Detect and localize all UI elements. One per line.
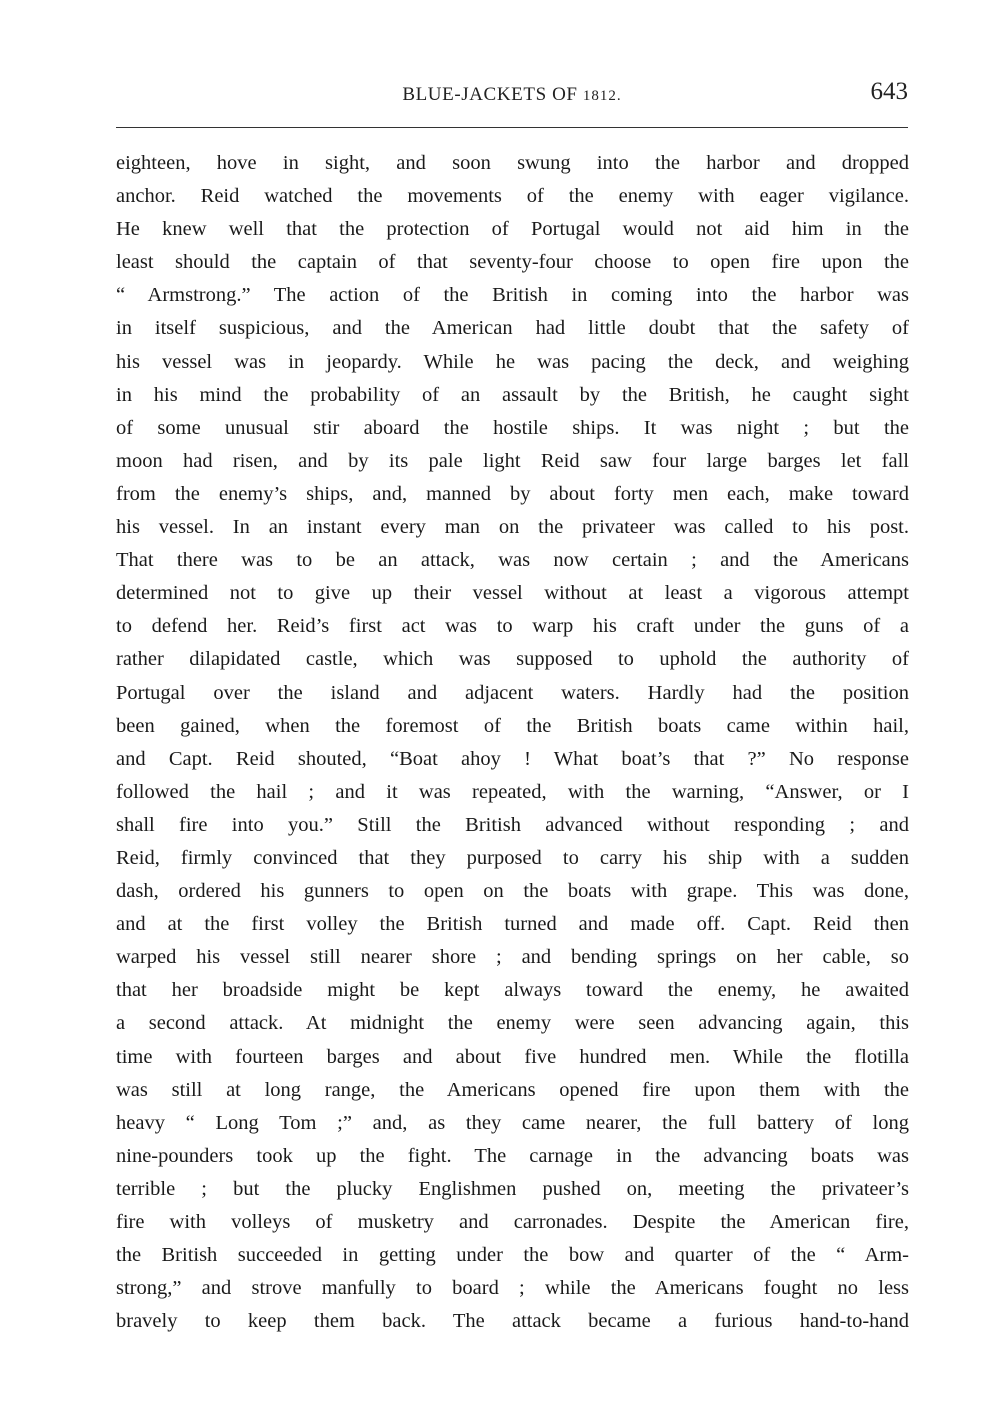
text-line: was still at long range, the Americans o… [116,1074,909,1107]
text-line: strong,” and strove manfully to board ; … [116,1272,909,1305]
text-line: “ Armstrong.” The action of the British … [116,279,909,312]
running-title: BLUE-JACKETS OF 1812. [116,84,908,106]
running-title-year: 1812. [583,88,622,104]
text-line: He knew well that the protection of Port… [116,213,909,246]
text-line: least should the captain of that seventy… [116,246,909,279]
text-line: followed the hail ; and it was repeated,… [116,776,909,809]
text-line: in his mind the probability of an assaul… [116,379,909,412]
text-line: heavy “ Long Tom ;” and, as they came ne… [116,1107,909,1140]
text-line: determined not to give up their vessel w… [116,577,909,610]
text-line: been gained, when the foremost of the Br… [116,710,909,743]
text-line: his vessel was in jeopardy. While he was… [116,346,909,379]
text-line: That there was to be an attack, was now … [116,544,909,577]
text-line: eighteen, hove in sight, and soon swung … [116,147,909,180]
text-line: the British succeeded in getting under t… [116,1239,909,1272]
text-line: bravely to keep them back. The attack be… [116,1305,909,1338]
text-line: and Capt. Reid shouted, “Boat ahoy ! Wha… [116,743,909,776]
text-line: a second attack. At midnight the enemy w… [116,1007,909,1040]
text-line: time with fourteen barges and about five… [116,1041,909,1074]
text-line: of some unusual stir aboard the hostile … [116,412,909,445]
text-line: moon had risen, and by its pale light Re… [116,445,909,478]
text-line: fire with volleys of musketry and carron… [116,1206,909,1239]
body-text: eighteen, hove in sight, and soon swung … [116,147,909,1338]
text-line: anchor. Reid watched the movements of th… [116,180,909,213]
text-line: dash, ordered his gunners to open on the… [116,875,909,908]
text-line: to defend her. Reid’s first act was to w… [116,610,909,643]
text-line: terrible ; but the plucky Englishmen pus… [116,1173,909,1206]
text-line: from the enemy’s ships, and, manned by a… [116,478,909,511]
text-line: shall fire into you.” Still the British … [116,809,909,842]
text-line: rather dilapidated castle, which was sup… [116,643,909,676]
text-line: that her broadside might be kept always … [116,974,909,1007]
page-number: 643 [871,78,909,106]
running-title-main: BLUE-JACKETS OF [402,84,583,105]
header-rule [116,127,908,128]
text-line: nine-pounders took up the fight. The car… [116,1140,909,1173]
text-line: and at the first volley the British turn… [116,908,909,941]
text-line: his vessel. In an instant every man on t… [116,511,909,544]
text-line: Reid, firmly convinced that they purpose… [116,842,909,875]
text-line: in itself suspicious, and the American h… [116,312,909,345]
text-line: warped his vessel still nearer shore ; a… [116,941,909,974]
text-line: Portugal over the island and adjacent wa… [116,677,909,710]
book-page: BLUE-JACKETS OF 1812. 643 eighteen, hove… [0,0,1000,1402]
running-head: BLUE-JACKETS OF 1812. 643 [116,80,908,112]
